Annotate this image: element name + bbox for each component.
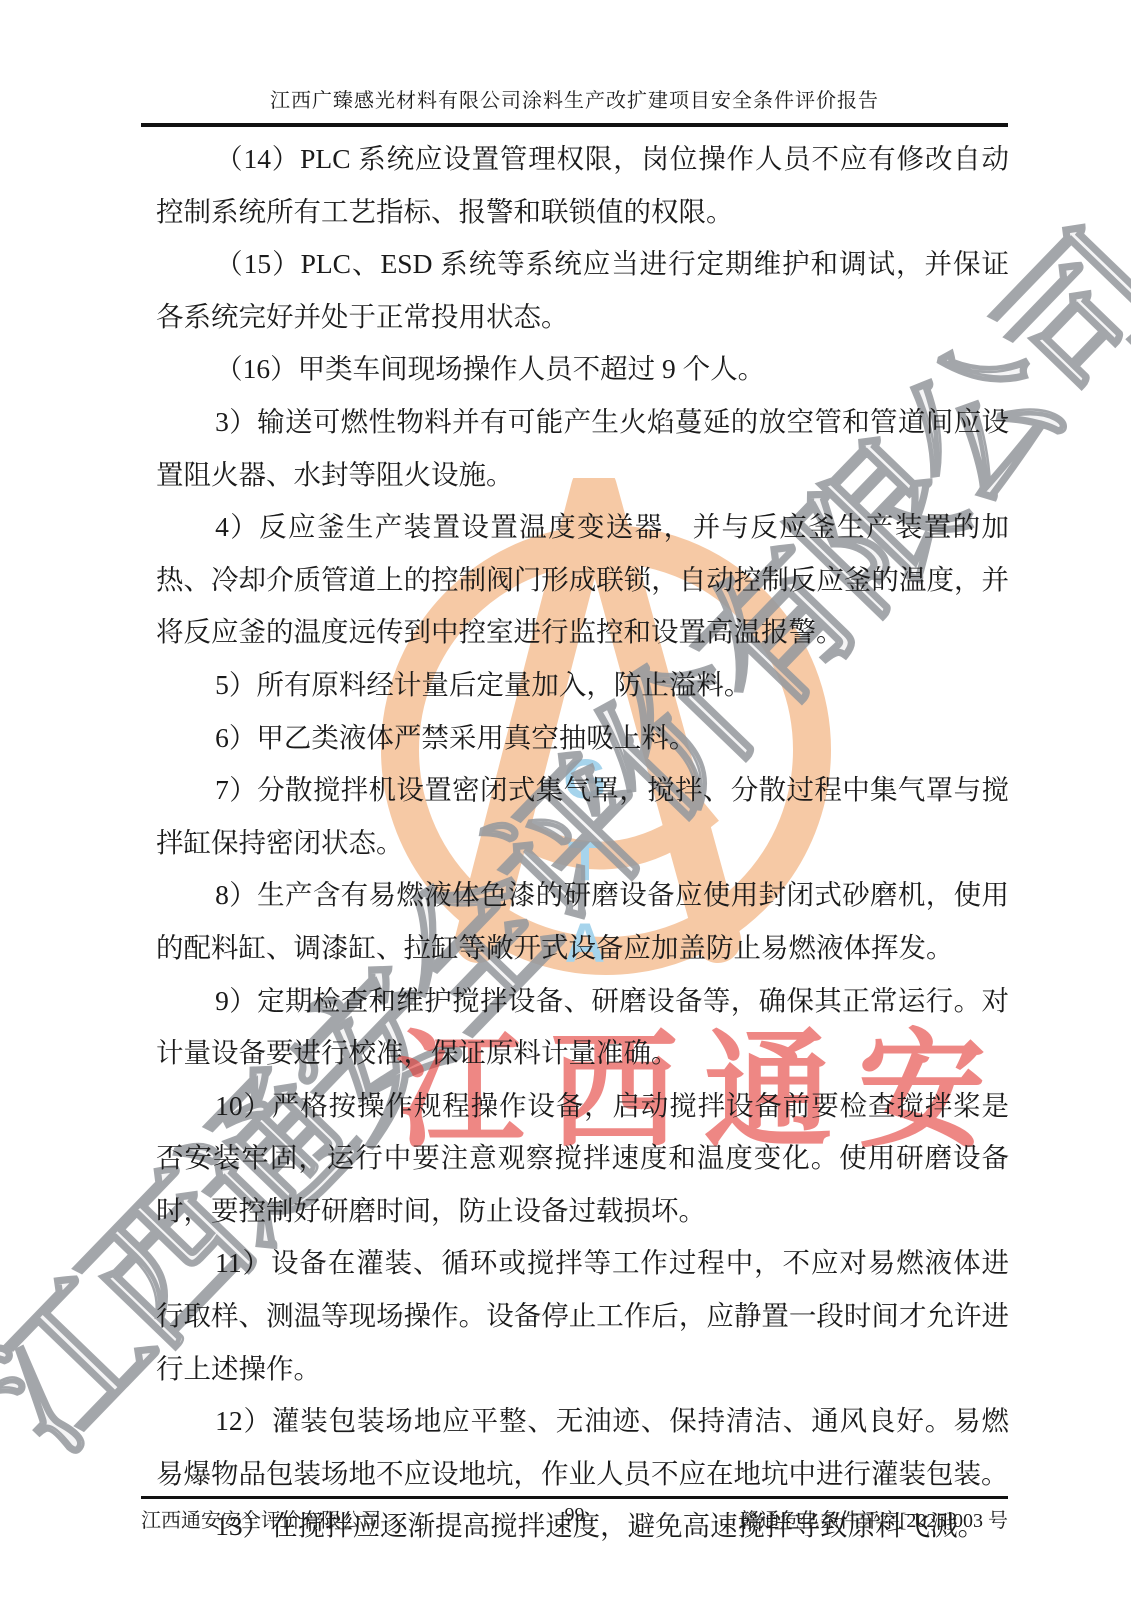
paragraph-item-4: 4）反应釜生产装置设置温度变送器，并与反应釜生产装置的加热、冷却介质管道上的控制… xyxy=(156,501,1009,659)
report-page: G T A 江西通安全评价有限公司 江西通安 江西广臻感光材料有限公司涂料生产改… xyxy=(0,0,1131,1600)
paragraph-item-11: 11）设备在灌装、循环或搅拌等工作过程中，不应对易燃液体进行取样、测温等现场操作… xyxy=(156,1237,1009,1395)
paragraph-item-7: 7）分散搅拌机设置密闭式集气罩，搅拌、分散过程中集气罩与搅拌缸保持密闭状态。 xyxy=(156,764,1009,869)
paragraph-item-12: 12）灌装包装场地应平整、无油迹、保持清洁、通风良好。易燃易爆物品包装场地不应设… xyxy=(156,1395,1009,1500)
paragraph-item-6: 6）甲乙类液体严禁采用真空抽吸上料。 xyxy=(156,712,1009,765)
paragraph-14: （14）PLC 系统应设置管理权限，岗位操作人员不应有修改自动控制系统所有工艺指… xyxy=(156,133,1009,238)
paragraph-16: （16）甲类车间现场操作人员不超过 9 个人。 xyxy=(156,343,1009,396)
header-rule xyxy=(141,123,1008,127)
paragraph-item-3: 3）输送可燃性物料并有可能产生火焰蔓延的放空管和管道间应设置阻火器、水封等阻火设… xyxy=(156,396,1009,501)
document-body: （14）PLC 系统应设置管理权限，岗位操作人员不应有修改自动控制系统所有工艺指… xyxy=(156,133,1009,1553)
paragraph-15: （15）PLC、ESD 系统等系统应当进行定期维护和调试，并保证各系统完好并处于… xyxy=(156,238,1009,343)
paragraph-item-8: 8）生产含有易燃液体色漆的研磨设备应使用封闭式砂磨机，使用的配料缸、调漆缸、拉缸… xyxy=(156,869,1009,974)
paragraph-item-10: 10）严格按操作规程操作设备，启动搅拌设备前要检查搅拌桨是否安装牢固，运行中要注… xyxy=(156,1080,1009,1238)
page-content: 江西广臻感光材料有限公司涂料生产改扩建项目安全条件评价报告 （14）PLC 系统… xyxy=(0,0,1131,1600)
footer-doc-number: 赣通危化条件评字[2025]003 号 xyxy=(740,1504,1008,1533)
paragraph-item-9: 9）定期检查和维护搅拌设备、研磨设备等，确保其正常运行。对计量设备要进行校准，保… xyxy=(156,975,1009,1080)
footer-rule xyxy=(141,1496,1008,1499)
paragraph-item-5: 5）所有原料经计量后定量加入，防止溢料。 xyxy=(156,659,1009,712)
page-header-title: 江西广臻感光材料有限公司涂料生产改扩建项目安全条件评价报告 xyxy=(141,84,1008,113)
